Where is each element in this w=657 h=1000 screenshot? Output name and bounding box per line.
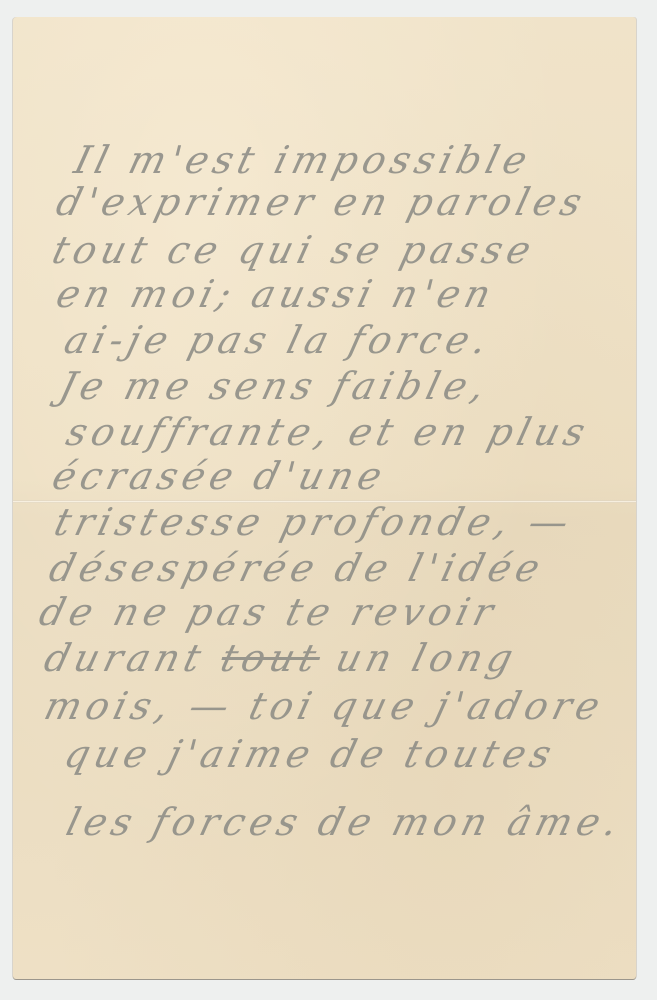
letter-line-5: ai-je pas la force. xyxy=(60,318,496,362)
letter-line-7: souffrante, et en plus xyxy=(62,410,595,454)
letter-line-10: désespérée de l'idée xyxy=(45,546,549,590)
letter-line-1: Il m'est impossible xyxy=(70,138,537,182)
letter-line-2: d'exprimer en paroles xyxy=(52,180,591,224)
letter-line-4: en moi; aussi n'en xyxy=(52,272,500,316)
letter-line-15: les forces de mon âme. xyxy=(62,800,627,844)
letter-line-8: écrasée d'une xyxy=(48,454,391,498)
scanned-letter: Il m'est impossible d'exprimer en parole… xyxy=(0,0,657,1000)
letter-line-13: mois, — toi que j'adore xyxy=(40,684,609,728)
letter-line-3: tout ce qui se passe xyxy=(48,228,540,272)
letter-line-12: durant tout un long xyxy=(40,636,522,680)
line-12-rest: un long xyxy=(331,636,522,680)
struck-word-tout: tout xyxy=(216,636,325,680)
line-12-word-durant: durant xyxy=(40,636,210,680)
handwritten-text: Il m'est impossible d'exprimer en parole… xyxy=(0,0,657,1000)
letter-line-14: que j'aime de toutes xyxy=(60,732,561,776)
letter-line-6: Je me sens faible, xyxy=(55,364,494,408)
letter-line-11: de ne pas te revoir xyxy=(35,590,503,634)
letter-line-9: tristesse profonde, — xyxy=(50,500,578,544)
